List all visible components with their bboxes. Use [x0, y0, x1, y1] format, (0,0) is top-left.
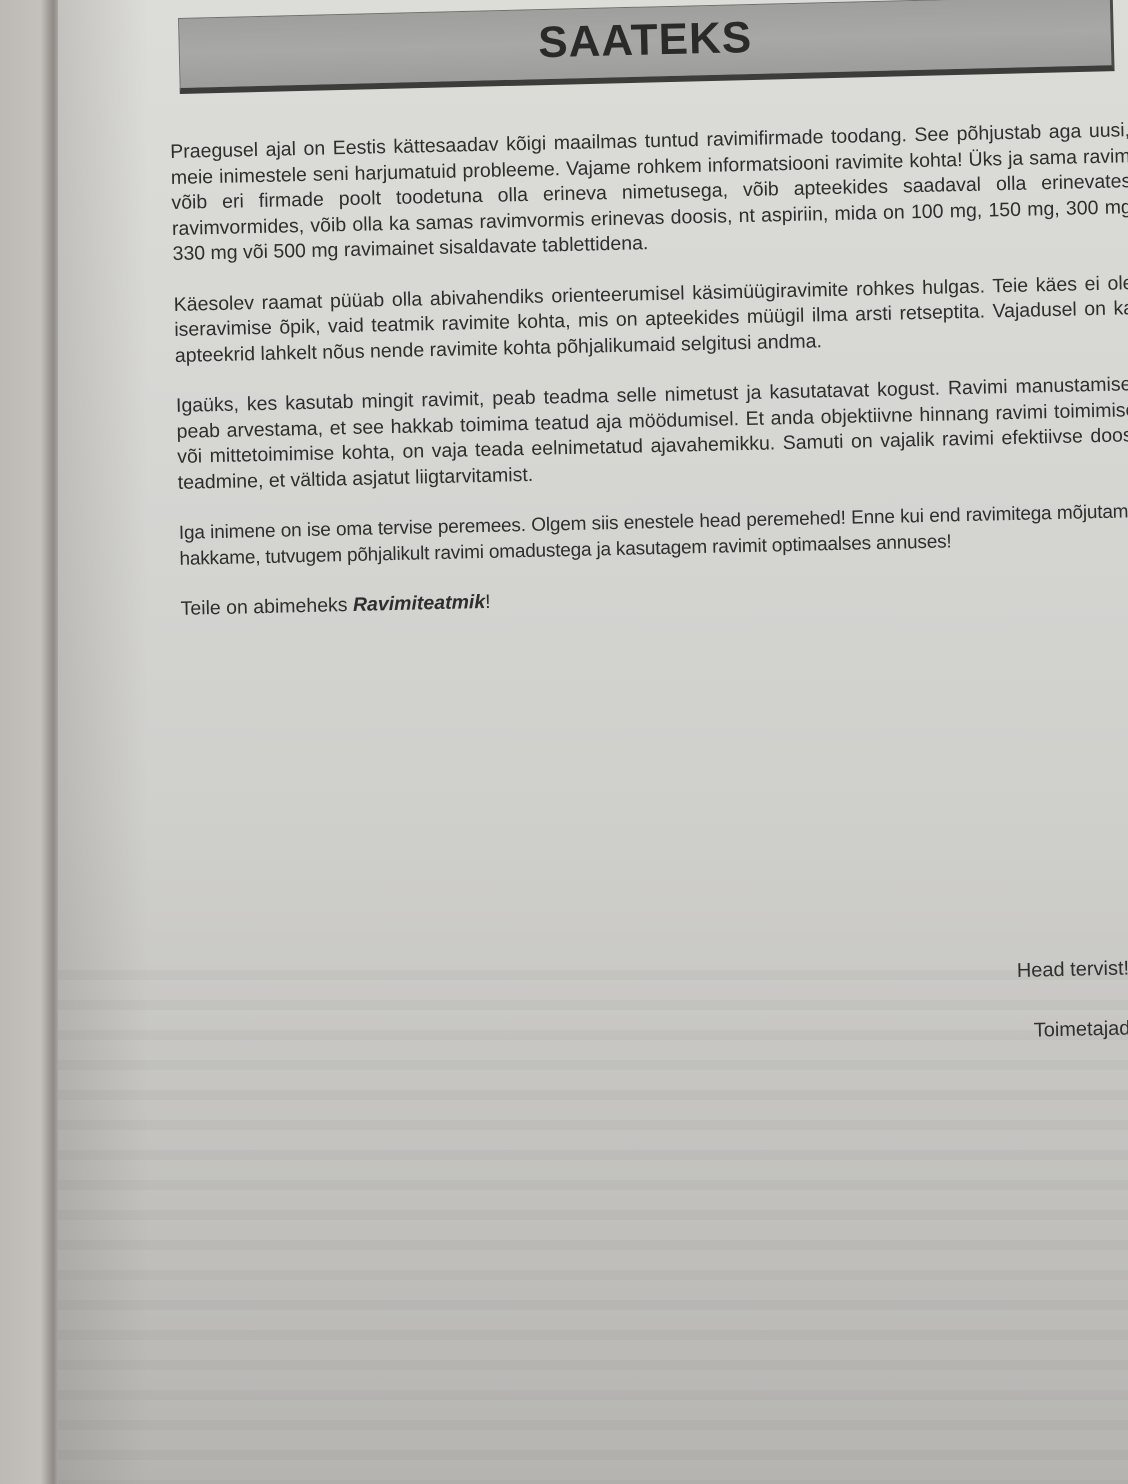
page-title: SAATEKS	[179, 4, 1111, 77]
signature: Toimetajad	[1033, 1016, 1128, 1044]
paragraph-purpose: Käesolev raamat püüab olla abivahendiks …	[173, 271, 1128, 369]
paragraph-health: Iga inimene on ise oma tervise peremees.…	[179, 499, 1128, 572]
title-banner: SAATEKS	[178, 0, 1115, 94]
book-page: SAATEKS Praegusel ajal on Eestis kättesa…	[58, 0, 1128, 1484]
book-name: Ravimiteatmik	[353, 591, 486, 616]
closing-line-suffix: !	[485, 591, 491, 613]
closing-line-prefix: Teile on abimeheks	[180, 594, 353, 620]
closing-line: Teile on abimeheks Ravimiteatmik!	[180, 575, 1128, 622]
book-spine-shadow	[0, 0, 58, 1484]
paragraph-usage: Igaüks, kes kasutab mingit ravimit, peab…	[176, 372, 1128, 496]
greeting: Head tervist!	[1017, 956, 1128, 984]
paragraph-intro: Praegusel ajal on Eestis kättesaadav kõi…	[170, 118, 1128, 267]
body-text: Praegusel ajal on Eestis kättesaadav kõi…	[170, 118, 1128, 647]
